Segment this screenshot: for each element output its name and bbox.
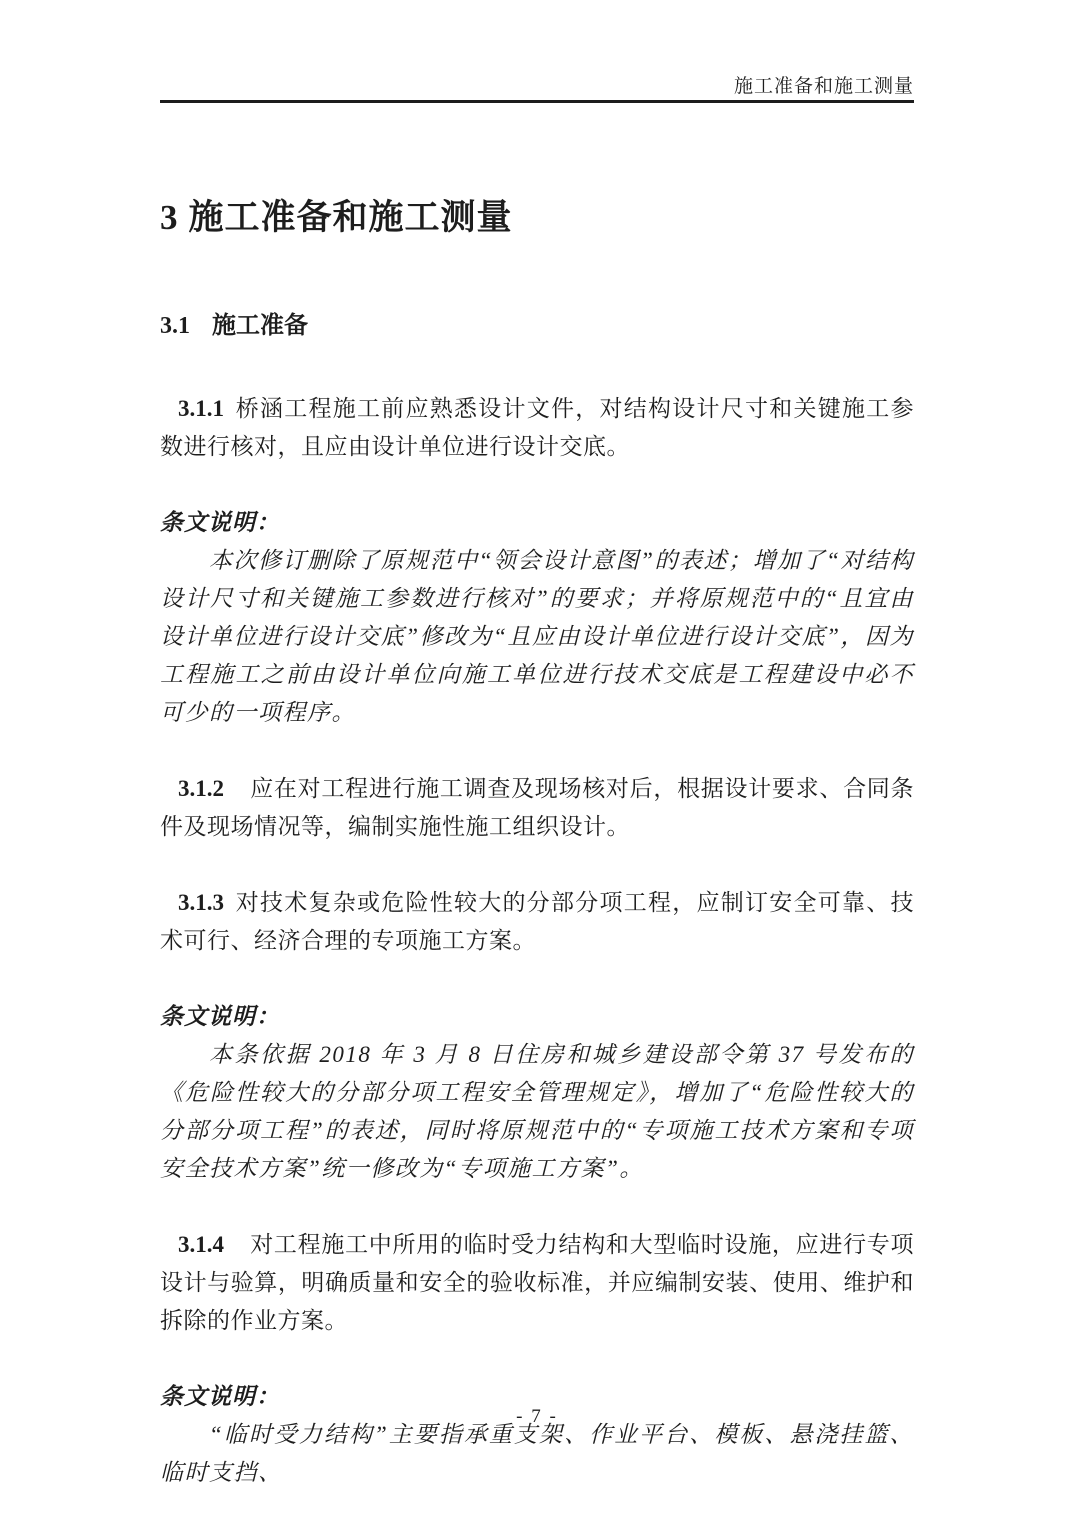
section-number: 3.1 xyxy=(160,313,190,339)
clause-3-1-3-number: 3.1.3 xyxy=(178,890,224,915)
clause-3-1-1-text: 桥涵工程施工前应熟悉设计文件，对结构设计尺寸和关键施工参数进行核对，且应由设计单… xyxy=(160,396,914,459)
clause-3-1-2: 3.1.2应在对工程进行施工调查及现场核对后，根据设计要求、合同条件及现场情况等… xyxy=(160,770,914,846)
clause-3-1-4-text: 对工程施工中所用的临时受力结构和大型临时设施，应进行专项设计与验算，明确质量和安… xyxy=(160,1232,914,1333)
section-heading: 3.1施工准备 xyxy=(160,311,914,341)
clause-3-1-4: 3.1.4对工程施工中所用的临时受力结构和大型临时设施，应进行专项设计与验算，明… xyxy=(160,1226,914,1340)
clause-3-1-3: 3.1.3对技术复杂或危险性较大的分部分项工程，应制订安全可靠、技术可行、经济合… xyxy=(160,884,914,960)
page-number: - 7 - xyxy=(0,1405,1074,1429)
explanation-1-label: 条文说明： xyxy=(160,504,914,542)
chapter-title-text: 施工准备和施工测量 xyxy=(189,198,513,237)
explanation-2-label: 条文说明： xyxy=(160,998,914,1036)
chapter-title: 3施工准备和施工测量 xyxy=(160,198,914,238)
running-header: 施工准备和施工测量 xyxy=(160,0,914,103)
clause-3-1-3-text: 对技术复杂或危险性较大的分部分项工程，应制订安全可靠、技术可行、经济合理的专项施… xyxy=(160,890,914,953)
explanation-block-3: 条文说明： “临时受力结构”主要指承重支架、作业平台、模板、悬浇挂篮、临时支挡、 xyxy=(160,1378,914,1492)
clause-3-1-4-number: 3.1.4 xyxy=(178,1232,224,1257)
chapter-number: 3 xyxy=(160,198,179,237)
section-heading-text: 施工准备 xyxy=(212,313,308,339)
clause-3-1-1-number: 3.1.1 xyxy=(178,396,224,421)
explanation-block-1: 条文说明： 本次修订删除了原规范中“领会设计意图”的表述；增加了“对结构设计尺寸… xyxy=(160,504,914,732)
clause-3-1-1: 3.1.1桥涵工程施工前应熟悉设计文件，对结构设计尺寸和关键施工参数进行核对，且… xyxy=(160,390,914,466)
explanation-block-2: 条文说明： 本条依据 2018 年 3 月 8 日住房和城乡建设部令第 37 号… xyxy=(160,998,914,1188)
explanation-2-text: 本条依据 2018 年 3 月 8 日住房和城乡建设部令第 37 号发布的《危险… xyxy=(160,1036,914,1188)
running-header-text: 施工准备和施工测量 xyxy=(734,76,914,97)
page-number-text: - 7 - xyxy=(516,1406,558,1427)
clause-3-1-2-text: 应在对工程进行施工调查及现场核对后，根据设计要求、合同条件及现场情况等，编制实施… xyxy=(160,776,914,839)
explanation-1-text: 本次修订删除了原规范中“领会设计意图”的表述；增加了“对结构设计尺寸和关键施工参… xyxy=(160,542,914,732)
document-page: 施工准备和施工测量 3施工准备和施工测量 3.1施工准备 3.1.1桥涵工程施工… xyxy=(0,0,1074,1520)
clause-3-1-2-number: 3.1.2 xyxy=(178,776,224,801)
